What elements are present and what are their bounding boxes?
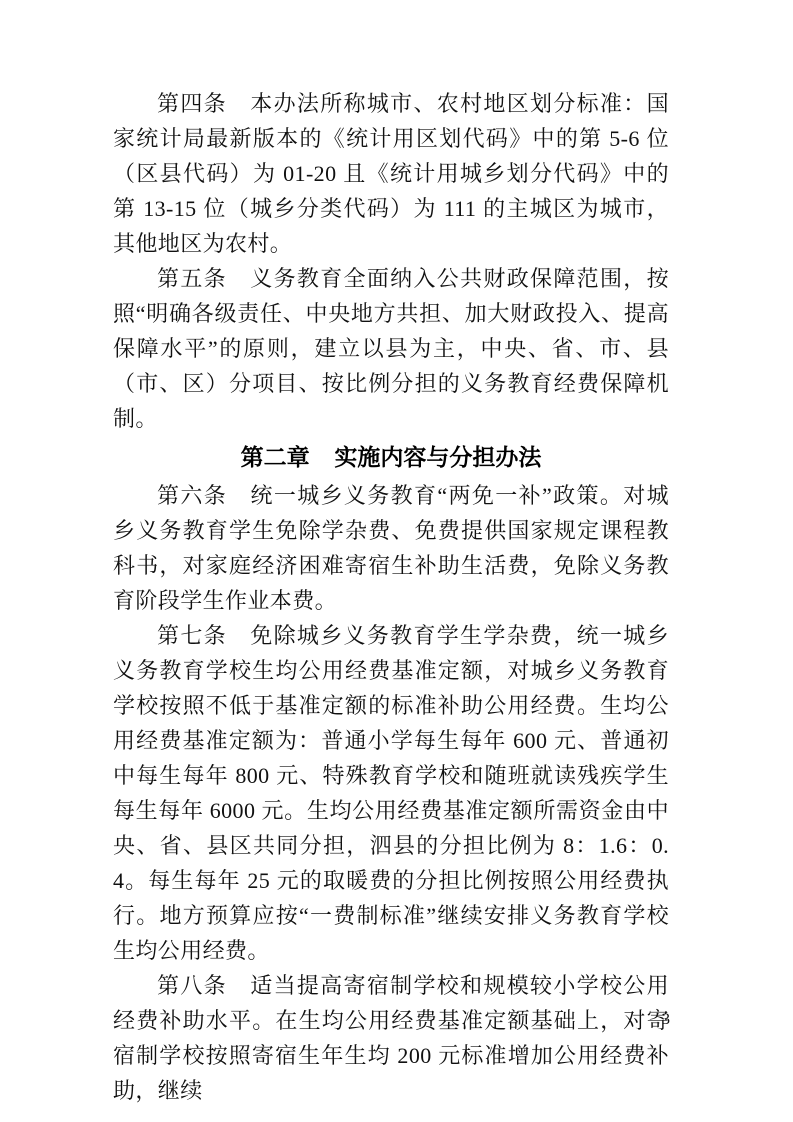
chapter-2-heading: 第二章 实施内容与分担办法: [113, 438, 669, 476]
paragraph-article-4: 第四条 本办法所称城市、农村地区划分标准：国家统计局最新版本的《统计用区划代码》…: [113, 86, 669, 261]
paragraph-article-8: 第八条 适当提高寄宿制学校和规模较小学校公用经费补助水平。在生均公用经费基准定额…: [113, 968, 669, 1108]
chapter-title: 实施内容与分担办法: [334, 444, 541, 470]
document-body: 第四条 本办法所称城市、农村地区划分标准：国家统计局最新版本的《统计用区划代码》…: [113, 86, 669, 1108]
paragraph-article-7: 第七条 免除城乡义务教育学生学杂费，统一城乡义务教育学校生均公用经费基准定额，对…: [113, 618, 669, 968]
chapter-number: 第二章: [241, 444, 310, 470]
page-number: 3: [662, 1010, 670, 1030]
paragraph-article-6: 第六条 统一城乡义务教育“两免一补”政策。对城乡义务教育学生免除学杂费、免费提供…: [113, 478, 669, 618]
document-page: 第四条 本办法所称城市、农村地区划分标准：国家统计局最新版本的《统计用区划代码》…: [0, 0, 793, 1122]
paragraph-article-5: 第五条 义务教育全面纳入公共财政保障范围，按照“明确各级责任、中央地方共担、加大…: [113, 261, 669, 436]
